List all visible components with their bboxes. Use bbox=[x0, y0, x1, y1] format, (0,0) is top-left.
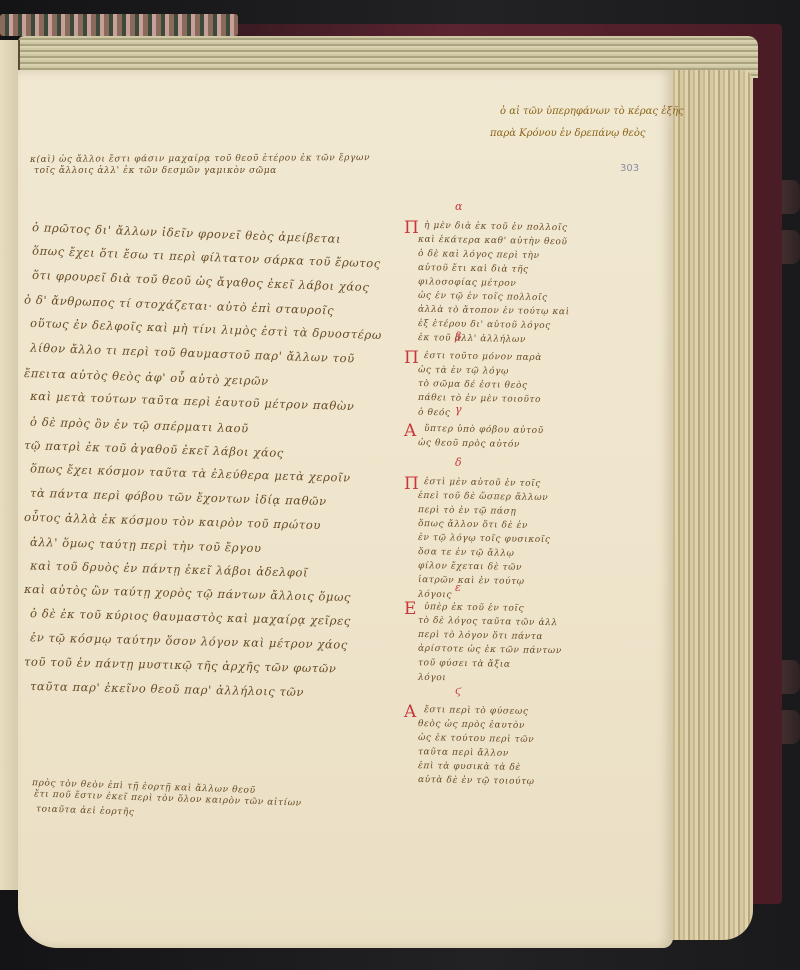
top-rubric: κ(αὶ) ὡς ἄλλοι ἔστι φάσιν μαχαίρᾳ τοῦ θε… bbox=[30, 153, 370, 165]
commentary-line: ἐπὶ τὰ φυσικὰ τὰ δὲ bbox=[418, 761, 521, 773]
red-initial: Ε bbox=[404, 599, 416, 619]
commentary-line: φιλοσοφίας μέτρον bbox=[418, 277, 517, 289]
red-initial: Α bbox=[404, 421, 416, 441]
commentary-line: ἰατρῶν καὶ ἐν τούτῳ bbox=[418, 575, 525, 587]
commentary-line: ἐστὶ μὲν αὐτοῦ ἐν τοῖς bbox=[424, 477, 541, 489]
commentary-line: ὡς θεοῦ πρὸς αὐτόν bbox=[418, 438, 520, 450]
section-numeral: β bbox=[455, 330, 461, 343]
commentary-line: ὅσα τε ἐν τῷ ἄλλῳ bbox=[418, 547, 515, 559]
commentary-line: λόγοι bbox=[418, 673, 447, 683]
red-initial: Α bbox=[404, 702, 416, 722]
red-initial: Π bbox=[404, 218, 419, 238]
commentary-line: ὕπτερ ὑπὸ φόβου αὐτοῦ bbox=[424, 424, 544, 436]
commentary-line: ἐκ τοῦ ἀλλ' ἀλλήλων bbox=[418, 333, 526, 345]
commentary-line: περὶ τὸ λόγον ὅτι πάντα bbox=[418, 630, 543, 642]
section-numeral: γ bbox=[455, 403, 462, 416]
facing-page-edge bbox=[0, 40, 20, 890]
commentary-line: φίλον ἔχεται δὲ τῶν bbox=[418, 561, 522, 573]
commentary-line: θεὸς ὡς πρὸς ἑαυτὸν bbox=[418, 719, 525, 731]
page-block-fore-edge bbox=[665, 70, 753, 940]
section-numeral: α bbox=[455, 200, 462, 213]
commentary-line: ὅπως ἄλλον ὅτι δὲ ἐν bbox=[418, 519, 528, 531]
commentary-line: ὁ δὲ καὶ λόγος περὶ τὴν bbox=[418, 249, 540, 261]
header-annotation: παρὰ Κρόνου ἑν δρεπάνῳ θεὸς bbox=[490, 128, 646, 139]
commentary-line: ὑπὲρ ἐκ τοῦ ἐν τοῖς bbox=[424, 602, 524, 614]
red-initial: Π bbox=[404, 474, 419, 494]
commentary-line: αὐτὰ δὲ ἐν τῷ τοιούτῳ bbox=[418, 775, 535, 787]
section-numeral: δ bbox=[455, 456, 462, 469]
red-initial: Π bbox=[404, 348, 419, 368]
commentary-line: ταῦτα περὶ ἄλλον bbox=[418, 747, 509, 759]
section-numeral: ε bbox=[455, 581, 461, 594]
commentary-line: ἔστι περὶ τὸ φύσεως bbox=[424, 705, 529, 717]
top-rubric: τοῖς ἄλλοις ἀλλ' ἐκ τῶν δεσμῶν γαμικὸν σ… bbox=[34, 166, 277, 176]
commentary-line: περὶ τὸ ἐν τῷ πάσῃ bbox=[418, 505, 517, 517]
commentary-line: ὡς ἐκ τούτου περὶ τῶν bbox=[418, 733, 534, 745]
section-numeral: ϛ bbox=[455, 684, 461, 697]
commentary-line: αὐτοῦ ἔτι καὶ διὰ τῆς bbox=[418, 263, 529, 275]
commentary-line: τὸ σῶμα δέ ἐστι θεὸς bbox=[418, 379, 528, 391]
commentary-line: λόγοις bbox=[418, 590, 452, 601]
folio-number: 303 bbox=[620, 163, 639, 174]
commentary-line: πάθει τὸ ἐν μὲν τοιοῦτο bbox=[418, 393, 541, 405]
header-annotation: ὁ αἰ τῶν ὑπερηφάνων τὸ κέρας ἑξῆς bbox=[500, 106, 684, 117]
commentary-line: ὡς τὰ ἐν τῷ λόγῳ bbox=[418, 365, 509, 377]
commentary-line: τοῦ φύσει τὰ ἄξια bbox=[418, 658, 511, 670]
headband bbox=[0, 14, 238, 36]
commentary-line: ὁ θεός bbox=[418, 408, 451, 419]
commentary-line: ἐστι τοῦτο μόνον παρὰ bbox=[424, 351, 542, 363]
